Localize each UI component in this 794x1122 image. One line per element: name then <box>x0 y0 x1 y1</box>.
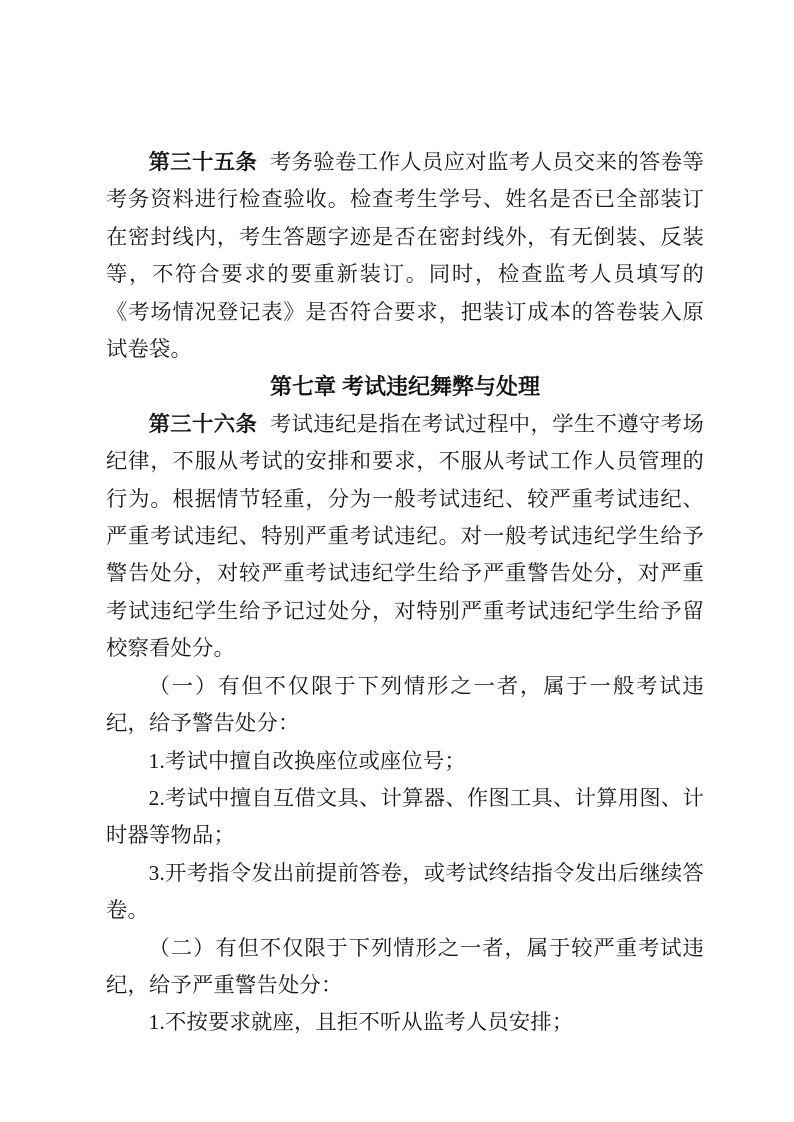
article-36-text: 考试违纪是指在考试过程中，学生不遵守考场纪律，不服从考试的安排和要求，不服从考试… <box>106 412 704 660</box>
document-page: 第三十五条考务验卷工作人员应对监考人员交来的答卷等考务资料进行检查验收。检查考生… <box>0 0 794 1122</box>
article-36-paragraph: 第三十六条考试违纪是指在考试过程中，学生不遵守考场纪律，不服从考试的安排和要求，… <box>106 406 704 668</box>
clause-one-intro: （一）有但不仅限于下列情形之一者，属于一般考试违纪，给予警告处分： <box>106 668 704 743</box>
article-35-paragraph: 第三十五条考务验卷工作人员应对监考人员交来的答卷等考务资料进行检查验收。检查考生… <box>106 144 704 368</box>
clause-two-intro: （二）有但不仅限于下列情形之一者，属于较严重考试违纪，给予严重警告处分： <box>106 930 704 1005</box>
general-violation-item-3: 3.开考指令发出前提前答卷，或考试终结指令发出后继续答卷。 <box>106 855 704 930</box>
general-violation-item-2: 2.考试中擅自互借文具、计算器、作图工具、计算用图、计时器等物品； <box>106 780 704 855</box>
general-violation-item-1: 1.考试中擅自改换座位或座位号； <box>106 743 704 780</box>
article-35-number: 第三十五条 <box>149 150 258 174</box>
serious-violation-item-1: 1.不按要求就座，且拒不听从监考人员安排； <box>106 1004 704 1041</box>
article-35-text: 考务验卷工作人员应对监考人员交来的答卷等考务资料进行检查验收。检查考生学号、姓名… <box>106 150 704 361</box>
chapter-7-heading: 第七章 考试违纪舞弊与处理 <box>106 368 704 405</box>
article-36-number: 第三十六条 <box>149 412 258 436</box>
